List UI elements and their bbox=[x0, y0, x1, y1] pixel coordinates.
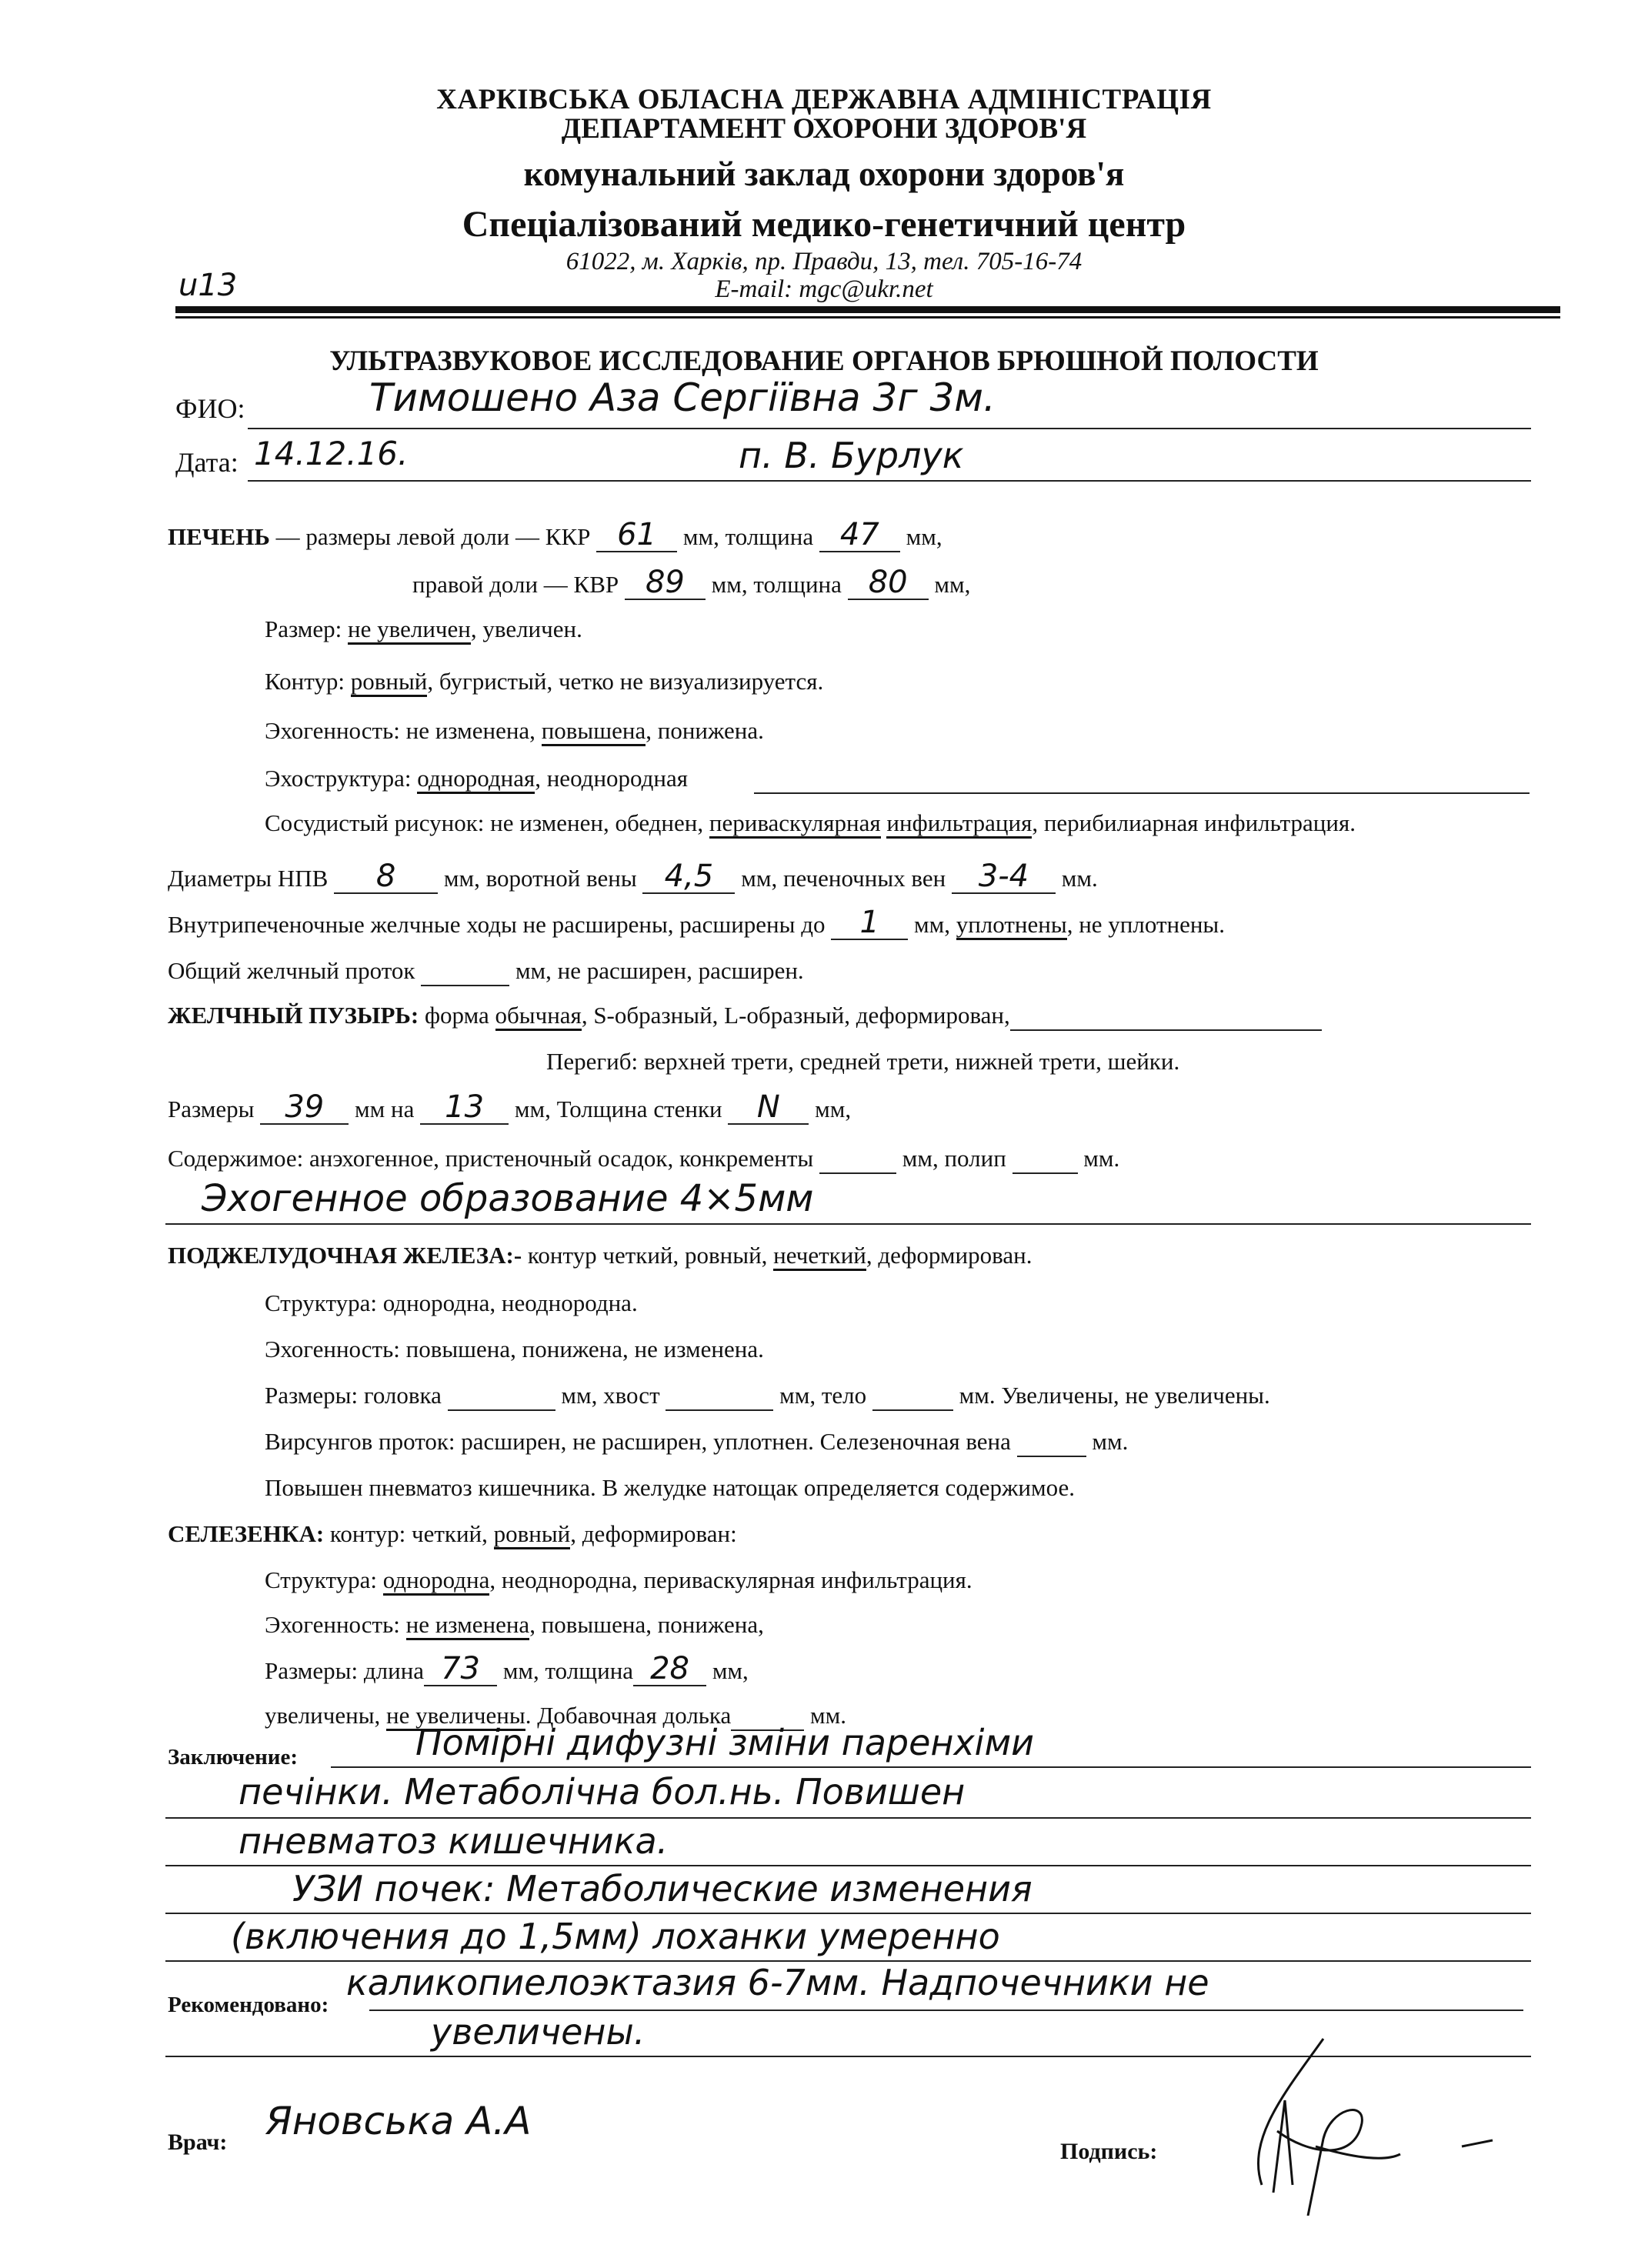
spleen-length-field[interactable]: 73 bbox=[424, 1657, 497, 1686]
location-value[interactable]: п. В. Бурлук bbox=[739, 435, 964, 476]
liver-structure-row: Эхоструктура: однородная, неоднородная bbox=[265, 765, 688, 792]
conclusion-rule-4 bbox=[165, 1913, 1531, 1914]
gallbladder-form-rest: , S-образный, L-образный, деформирован, bbox=[582, 1002, 1010, 1029]
gallbladder-form-row: ЖЕЛЧНЫЙ ПУЗЫРЬ: форма обычная, S-образны… bbox=[168, 1002, 1322, 1031]
gallbladder-size-mid: мм на bbox=[355, 1096, 414, 1122]
gallbladder-size-label: Размеры bbox=[168, 1096, 255, 1122]
vessels-row: Диаметры НПВ 8 мм, воротной вены 4,5 мм,… bbox=[168, 865, 1098, 894]
liver-contour-selected[interactable]: ровный bbox=[351, 668, 428, 697]
liver-left-kkr-field[interactable]: 61 bbox=[596, 523, 677, 552]
spleen-echo-rest: , повышена, понижена, bbox=[529, 1611, 764, 1638]
date-value[interactable]: 14.12.16. bbox=[254, 435, 408, 472]
pancreas-body-label: мм, тело bbox=[779, 1382, 866, 1409]
pancreas-contour-selected[interactable]: нечеткий bbox=[773, 1242, 866, 1271]
liver-size-label: Размер: bbox=[265, 615, 342, 642]
liver-left-thickness: 47 bbox=[840, 517, 879, 552]
portal-field[interactable]: 4,5 bbox=[642, 865, 735, 894]
liver-left-kkr: 61 bbox=[617, 517, 656, 552]
concrement-field[interactable] bbox=[819, 1145, 896, 1174]
conclusion-label: Заключение: bbox=[168, 1745, 298, 1770]
conclusion-rule-3 bbox=[165, 1865, 1531, 1866]
liver-right-label: правой доли — КВР bbox=[412, 571, 619, 598]
liver-right-kvr-field[interactable]: 89 bbox=[625, 571, 706, 600]
pancreas-duct-label: Вирсунгов проток: расширен, не расширен,… bbox=[265, 1428, 1011, 1455]
recommended-line-1[interactable]: каликопиелоэктазия 6-7мм. Надпочечники н… bbox=[346, 1962, 1209, 2003]
conclusion-line-5[interactable]: (включения до 1,5мм) лоханки умеренно bbox=[231, 1916, 1000, 1957]
gallbladder-content-row: Содержимое: анэхогенное, пристеночный ос… bbox=[168, 1145, 1119, 1174]
date-line bbox=[248, 480, 1531, 482]
header-address: 61022, м. Харків, пр. Правди, 13, тел. 7… bbox=[0, 248, 1648, 276]
common-duct-row: Общий желчный проток мм, не расширен, ра… bbox=[168, 957, 804, 986]
pancreas-gas-row: Повышен пневматоз кишечника. В желудке н… bbox=[265, 1474, 1075, 1502]
mm-unit: мм, bbox=[712, 1657, 749, 1684]
mm-unit: мм, bbox=[914, 911, 956, 938]
gallbladder-wall-value: N bbox=[757, 1089, 780, 1125]
pancreas-size-rest: мм. Увеличены, не увеличены. bbox=[959, 1382, 1270, 1409]
gallbladder-note-line bbox=[165, 1223, 1531, 1225]
gallbladder-wall-field[interactable]: N bbox=[728, 1096, 809, 1125]
spleen-structure-selected[interactable]: однородна bbox=[383, 1566, 490, 1596]
ducts-value: 1 bbox=[860, 905, 879, 940]
liver-vascular-selected-2[interactable]: инфильтрация bbox=[886, 809, 1032, 839]
spleen-echo-selected[interactable]: не изменена bbox=[406, 1611, 530, 1640]
pancreas-body-field[interactable] bbox=[872, 1382, 953, 1411]
conclusion-line-2[interactable]: печінки. Метаболічна бол.нь. Повишен bbox=[239, 1771, 965, 1813]
document-title: УЛЬТРАЗВУКОВОЕ ИССЛЕДОВАНИЕ ОРГАНОВ БРЮШ… bbox=[0, 345, 1648, 378]
doctor-value[interactable]: Яновська А.А bbox=[265, 2099, 531, 2143]
gallbladder-wall-label: мм, Толщина стенки bbox=[515, 1096, 722, 1122]
liver-vascular-rest: , перибилиарная инфильтрация. bbox=[1032, 809, 1356, 836]
gallbladder-content-label: Содержимое: анэхогенное, пристеночный ос… bbox=[168, 1145, 813, 1172]
date-label: Дата: bbox=[175, 446, 239, 479]
fio-value[interactable]: Тимошено Аза Сергіївна 3г 3м. bbox=[369, 375, 996, 420]
header-divider-thin bbox=[175, 316, 1560, 319]
header-line-department: ДЕПАРТАМЕНТ ОХОРОНИ ЗДОРОВ'Я bbox=[0, 112, 1648, 145]
liver-left-thickness-field[interactable]: 47 bbox=[819, 523, 900, 552]
polyp-field[interactable] bbox=[1012, 1145, 1078, 1174]
fio-line bbox=[248, 428, 1531, 429]
conclusion-line-1[interactable]: Помірні дифузні зміни паренхіми bbox=[415, 1722, 1034, 1763]
spleen-heading: СЕЛЕЗЕНКА: bbox=[168, 1520, 324, 1547]
pancreas-echo-row: Эхогенность: повышена, понижена, не изме… bbox=[265, 1336, 764, 1363]
fio-label: ФИО: bbox=[175, 392, 245, 425]
doctor-label: Врач: bbox=[168, 2130, 227, 2156]
common-duct-field[interactable] bbox=[421, 957, 509, 986]
conclusion-rule-2 bbox=[165, 1817, 1531, 1819]
pancreas-tail-label: мм, хвост bbox=[561, 1382, 659, 1409]
npv-field[interactable]: 8 bbox=[334, 865, 438, 894]
ducts-rest: , не уплотнены. bbox=[1067, 911, 1225, 938]
pancreas-size-label: Размеры: головка bbox=[265, 1382, 442, 1409]
header-email: E-mail: mgc@ukr.net bbox=[0, 275, 1648, 304]
mm-unit: мм, bbox=[906, 523, 942, 550]
margin-note: u13 bbox=[178, 268, 237, 303]
gallbladder-size1-field[interactable]: 39 bbox=[260, 1096, 349, 1125]
liver-heading: ПЕЧЕНЬ bbox=[168, 523, 270, 550]
liver-contour-label: Контур: bbox=[265, 668, 345, 695]
ducts-row: Внутрипеченочные желчные ходы не расшире… bbox=[168, 911, 1225, 940]
ducts-field[interactable]: 1 bbox=[831, 911, 908, 940]
spleen-contour-label: контур: четкий, bbox=[324, 1520, 493, 1547]
hepatic-value: 3-4 bbox=[979, 859, 1029, 894]
liver-left-thick-label: мм, толщина bbox=[683, 523, 813, 550]
spleen-size-row: Размеры: длина73 мм, толщина28 мм, bbox=[265, 1657, 749, 1686]
spleen-enlarged-label: увеличены, bbox=[265, 1702, 386, 1729]
liver-echo-selected[interactable]: повышена bbox=[542, 717, 646, 746]
recommended-label: Рекомендовано: bbox=[168, 1993, 329, 2018]
liver-echo-label: Эхогенность: не изменена, bbox=[265, 717, 542, 744]
liver-left-label: — размеры левой доли — ККР bbox=[276, 523, 591, 550]
liver-right-thickness: 80 bbox=[869, 565, 908, 600]
liver-right-thickness-field[interactable]: 80 bbox=[848, 571, 929, 600]
common-duct-rest: мм, не расширен, расширен. bbox=[515, 957, 804, 984]
mm-unit: мм. bbox=[1092, 1428, 1128, 1455]
liver-size-rest: , увеличен. bbox=[471, 615, 582, 642]
gallbladder-size2-field[interactable]: 13 bbox=[420, 1096, 509, 1125]
liver-structure-rest: , неоднородная bbox=[535, 765, 688, 792]
spleen-thickness-field[interactable]: 28 bbox=[633, 1657, 706, 1686]
gallbladder-note[interactable]: Эхогенное образование 4×5мм bbox=[202, 1177, 814, 1220]
conclusion-rule-1 bbox=[331, 1766, 1531, 1768]
liver-right-thick-label: мм, толщина bbox=[712, 571, 842, 598]
spleen-vein-field[interactable] bbox=[1017, 1428, 1086, 1457]
ducts-selected[interactable]: уплотнены bbox=[956, 911, 1067, 940]
header-line-region: ХАРКІВСЬКА ОБЛАСНА ДЕРЖАВНА АДМІНІСТРАЦІ… bbox=[0, 83, 1648, 116]
pancreas-contour-row: ПОДЖЕЛУДОЧНАЯ ЖЕЛЕЗА:- контур четкий, ро… bbox=[168, 1242, 1032, 1269]
spleen-echo-label: Эхогенность: bbox=[265, 1611, 406, 1638]
gallbladder-heading: ЖЕЛЧНЫЙ ПУЗЫРЬ: bbox=[168, 1002, 419, 1029]
npv-label: Диаметры НПВ bbox=[168, 865, 328, 892]
signature-mark[interactable] bbox=[1200, 2031, 1523, 2216]
liver-size-selected[interactable]: не увеличен bbox=[348, 615, 471, 645]
spleen-contour-row: СЕЛЕЗЕНКА: контур: четкий, ровный, дефор… bbox=[168, 1520, 737, 1548]
liver-row-left: ПЕЧЕНЬ — размеры левой доли — ККР 61 мм,… bbox=[168, 523, 942, 552]
spleen-echo-row: Эхогенность: не изменена, повышена, пони… bbox=[265, 1611, 764, 1639]
npv-value: 8 bbox=[376, 859, 395, 894]
liver-echo-row: Эхогенность: не изменена, повышена, пони… bbox=[265, 717, 764, 745]
pancreas-head-field[interactable] bbox=[448, 1382, 555, 1411]
common-duct-label: Общий желчный проток bbox=[168, 957, 415, 984]
liver-echo-rest: , понижена. bbox=[646, 717, 764, 744]
gallbladder-form-selected[interactable]: обычная bbox=[495, 1002, 582, 1031]
liver-structure-selected[interactable]: однородная bbox=[417, 765, 535, 794]
spleen-structure-row: Структура: однородна, неоднородна, перив… bbox=[265, 1566, 972, 1594]
liver-structure-label: Эхоструктура: bbox=[265, 765, 417, 792]
header-divider bbox=[175, 306, 1560, 313]
gallbladder-size2: 13 bbox=[445, 1089, 484, 1125]
pancreas-structure-row: Структура: однородна, неоднородна. bbox=[265, 1289, 638, 1317]
mm-unit: мм, bbox=[934, 571, 970, 598]
gallbladder-form-field[interactable] bbox=[1010, 1002, 1322, 1031]
portal-label: мм, воротной вены bbox=[444, 865, 637, 892]
gallbladder-form-label: форма bbox=[419, 1002, 495, 1029]
pancreas-contour-rest: , деформирован. bbox=[866, 1242, 1033, 1269]
liver-structure-line bbox=[754, 792, 1530, 794]
gallbladder-size-row: Размеры 39 мм на 13 мм, Толщина стенки N… bbox=[168, 1096, 851, 1125]
liver-vascular-label: Сосудистый рисунок: не изменен, обеднен, bbox=[265, 809, 709, 836]
liver-right-kvr: 89 bbox=[646, 565, 685, 600]
mm-unit: мм. bbox=[1062, 865, 1098, 892]
pancreas-size-row: Размеры: головка мм, хвост мм, тело мм. … bbox=[265, 1382, 1270, 1411]
liver-vascular-row: Сосудистый рисунок: не изменен, обеднен,… bbox=[265, 809, 1356, 837]
liver-vascular-selected-1[interactable]: периваскулярная bbox=[709, 809, 881, 839]
pancreas-heading: ПОДЖЕЛУДОЧНАЯ ЖЕЛЕЗА:- bbox=[168, 1242, 522, 1269]
liver-contour-rest: , бугристый, четко не визуализируется. bbox=[427, 668, 823, 695]
signature-label: Подпись: bbox=[1060, 2139, 1157, 2165]
gallbladder-bend-row: Перегиб: верхней трети, средней трети, н… bbox=[546, 1048, 1179, 1076]
spleen-contour-selected[interactable]: ровный bbox=[494, 1520, 571, 1549]
recommended-line-2[interactable]: увеличены. bbox=[431, 2011, 645, 2053]
portal-value: 4,5 bbox=[665, 859, 714, 894]
pancreas-tail-field[interactable] bbox=[666, 1382, 773, 1411]
spleen-thickness-label: мм, толщина bbox=[503, 1657, 633, 1684]
hepatic-field[interactable]: 3-4 bbox=[952, 865, 1056, 894]
mm-unit: мм. bbox=[1083, 1145, 1119, 1172]
mm-unit: мм, bbox=[815, 1096, 851, 1122]
spleen-structure-label: Структура: bbox=[265, 1566, 383, 1593]
ducts-label: Внутрипеченочные желчные ходы не расшире… bbox=[168, 911, 825, 938]
spleen-size-label: Размеры: длина bbox=[265, 1657, 424, 1684]
polyp-label: мм, полип bbox=[902, 1145, 1006, 1172]
spleen-contour-rest: , деформирован: bbox=[570, 1520, 736, 1547]
pancreas-duct-row: Вирсунгов проток: расширен, не расширен,… bbox=[265, 1428, 1128, 1457]
hepatic-label: мм, печеночных вен bbox=[741, 865, 946, 892]
conclusion-line-3[interactable]: пневматоз кишечника. bbox=[239, 1820, 668, 1862]
pancreas-contour-label: контур четкий, ровный, bbox=[522, 1242, 773, 1269]
spleen-length-value: 73 bbox=[441, 1651, 480, 1686]
spleen-thickness-value: 28 bbox=[650, 1651, 689, 1686]
gallbladder-size1: 39 bbox=[285, 1089, 324, 1125]
liver-size-row: Размер: не увеличен, увеличен. bbox=[265, 615, 582, 643]
header-line-institution: комунальний заклад охорони здоров'я bbox=[0, 154, 1648, 194]
conclusion-line-4[interactable]: УЗИ почек: Метаболические изменения bbox=[292, 1868, 1033, 1909]
liver-contour-row: Контур: ровный, бугристый, четко не визу… bbox=[265, 668, 823, 695]
liver-row-right: правой доли — КВР 89 мм, толщина 80 мм, bbox=[412, 571, 970, 600]
spleen-structure-rest: , неоднородна, периваскулярная инфильтра… bbox=[489, 1566, 972, 1593]
header-line-center: Спеціалізований медико-генетичний центр bbox=[0, 203, 1648, 245]
